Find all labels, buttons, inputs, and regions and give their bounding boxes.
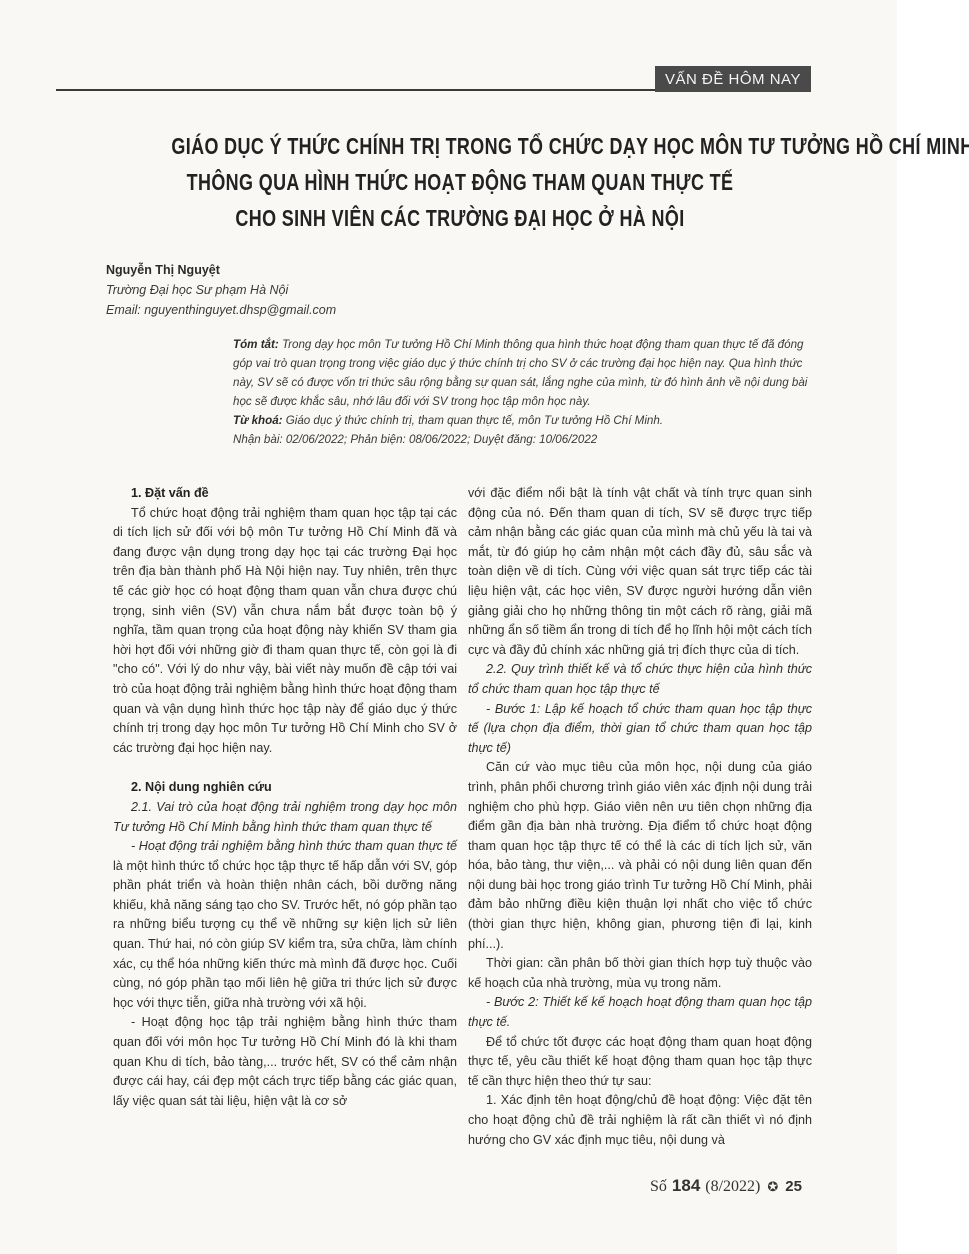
abstract-label: Tóm tắt:	[233, 338, 279, 351]
section-heading-2: 2. Nội dung nghiên cứu	[113, 778, 457, 798]
left-column: 1. Đặt vấn đề Tổ chức hoạt động trải ngh…	[113, 484, 457, 1111]
page-footer: Số 184 (8/2022) ✪ 25	[650, 1176, 802, 1196]
paragraph: 1. Xác định tên hoạt động/chủ đề hoạt độ…	[468, 1091, 812, 1150]
section-tag: VẤN ĐỀ HÔM NAY	[655, 66, 811, 92]
issue-label: Số	[650, 1178, 667, 1196]
article-title: GIÁO DỤC Ý THỨC CHÍNH TRỊ TRONG TỔ CHỨC …	[171, 128, 748, 236]
issue-number: 184	[672, 1176, 700, 1196]
author-email: Email: nguyenthinguyet.dhsp@gmail.com	[106, 300, 336, 320]
step-2-heading: - Bước 2: Thiết kế kế hoạch hoạt động th…	[468, 993, 812, 1032]
header-rule	[56, 89, 656, 91]
keywords-label: Từ khoá:	[233, 414, 283, 427]
abstract: Tóm tắt: Trong dạy học môn Tư tưởng Hồ C…	[233, 335, 818, 411]
article-dates: Nhận bài: 02/06/2022; Phản biện: 08/06/2…	[233, 430, 818, 449]
author-block: Nguyễn Thị Nguyệt Trường Đại học Sư phạm…	[106, 260, 336, 320]
paragraph-italic-lead: - Hoạt động trải nghiệm bằng hình thức t…	[131, 839, 457, 853]
author-affiliation: Trường Đại học Sư phạm Hà Nội	[106, 280, 336, 300]
paragraph: Căn cứ vào mục tiêu của môn học, nội dun…	[468, 758, 812, 954]
ornament-icon: ✪	[767, 1179, 778, 1195]
paragraph: Tổ chức hoạt động trải nghiệm tham quan …	[113, 504, 457, 759]
abstract-block: Tóm tắt: Trong dạy học môn Tư tưởng Hồ C…	[233, 335, 818, 449]
paragraph: với đặc điểm nổi bật là tính vật chất và…	[468, 484, 812, 660]
keywords-text: Giáo dục ý thức chính trị, tham quan thự…	[283, 414, 664, 427]
paragraph: - Hoạt động trải nghiệm bằng hình thức t…	[113, 837, 457, 1013]
title-line-3: CHO SINH VIÊN CÁC TRƯỜNG ĐẠI HỌC Ở HÀ NỘ…	[171, 200, 748, 236]
paragraph: Để tổ chức tốt được các hoạt động tham q…	[468, 1033, 812, 1092]
right-column: với đặc điểm nổi bật là tính vật chất và…	[468, 484, 812, 1150]
title-line-2: THÔNG QUA HÌNH THỨC HOẠT ĐỘNG THAM QUAN …	[171, 164, 748, 200]
subsection-heading-2-2: 2.2. Quy trình thiết kế và tổ chức thực …	[468, 660, 812, 699]
paragraph: - Hoạt động học tập trải nghiệm bằng hìn…	[113, 1013, 457, 1111]
author-name: Nguyễn Thị Nguyệt	[106, 260, 336, 280]
page-number: 25	[785, 1178, 802, 1195]
step-1-heading: - Bước 1: Lập kế hoạch tổ chức tham quan…	[468, 700, 812, 759]
section-heading-1: 1. Đặt vấn đề	[113, 484, 457, 504]
subsection-heading-2-1: 2.1. Vai trò của hoạt động trải nghiệm t…	[113, 798, 457, 837]
paragraph: Thời gian: cần phân bố thời gian thích h…	[468, 954, 812, 993]
issue-date: (8/2022)	[705, 1178, 760, 1196]
abstract-text: Trong dạy học môn Tư tưởng Hồ Chí Minh t…	[233, 338, 807, 408]
paragraph-text: là một hình thức tổ chức học tập thực tế…	[113, 859, 457, 1010]
title-line-1: GIÁO DỤC Ý THỨC CHÍNH TRỊ TRONG TỔ CHỨC …	[171, 128, 748, 164]
keywords: Từ khoá: Giáo dục ý thức chính trị, tham…	[233, 411, 818, 430]
journal-page: VẤN ĐỀ HÔM NAY GIÁO DỤC Ý THỨC CHÍNH TRỊ…	[0, 0, 897, 1254]
